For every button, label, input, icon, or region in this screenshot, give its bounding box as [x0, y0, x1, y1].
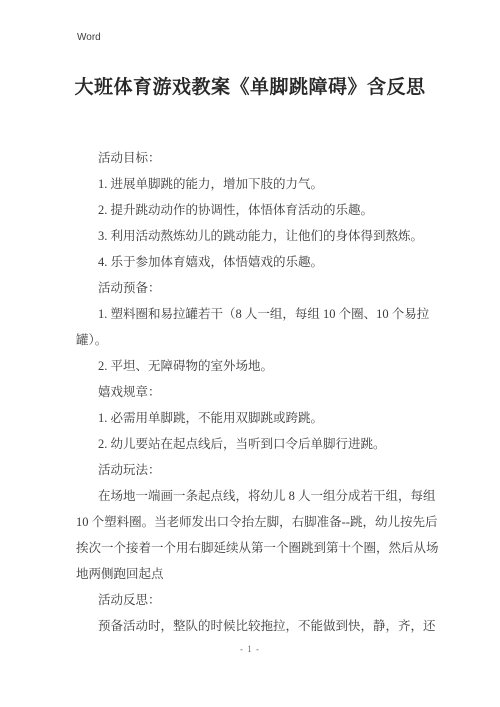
text-line: 地两侧跑回起点 — [76, 561, 425, 587]
text-line: 挨次一个接着一个用右脚延续从第一个圈跳到第十个圈，然后从场 — [76, 535, 425, 561]
text-line: 在场地一端画一条起点线，将幼儿 8 人一组分成若干组，每组 — [76, 483, 425, 509]
document-title: 大班体育游戏教案《单脚跳障碍》含反思 — [0, 74, 500, 102]
text-line: 2. 平坦、无障碍物的室外场地。 — [76, 353, 425, 379]
document-page: Word 大班体育游戏教案《单脚跳障碍》含反思 活动目标：1. 进展单脚跳的能力… — [0, 0, 500, 707]
text-line: 罐）。 — [76, 327, 425, 353]
text-line: 活动玩法： — [76, 457, 425, 483]
app-label: Word — [77, 32, 101, 43]
text-line: 1. 必需用单脚跳，不能用双脚跳或跨跳。 — [76, 405, 425, 431]
document-body: 活动目标：1. 进展单脚跳的能力，增加下肢的力气。2. 提升跳动动作的协调性，体… — [76, 145, 425, 639]
page-number: - 1 - — [0, 644, 500, 654]
text-line: 2. 提升跳动动作的协调性，体悟体育活动的乐趣。 — [76, 197, 425, 223]
text-line: 10 个塑料圈。当老师发出口令抬左脚，右脚准备--跳，幼儿按先后 — [76, 509, 425, 535]
text-line: 预备活动时，整队的时候比较拖拉，不能做到快，静，齐，还 — [76, 613, 425, 639]
text-line: 活动预备： — [76, 275, 425, 301]
text-line: 嬉戏规章： — [76, 379, 425, 405]
text-line: 2. 幼儿要站在起点线后，当听到口令后单脚行进跳。 — [76, 431, 425, 457]
text-line: 3. 利用活动熬炼幼儿的跳动能力，让他们的身体得到熬炼。 — [76, 223, 425, 249]
text-line: 活动目标： — [76, 145, 425, 171]
text-line: 1. 塑料圈和易拉罐若干（8 人一组，每组 10 个圈、10 个易拉 — [76, 301, 425, 327]
text-line: 4. 乐于参加体育嬉戏，体悟嬉戏的乐趣。 — [76, 249, 425, 275]
text-line: 1. 进展单脚跳的能力，增加下肢的力气。 — [76, 171, 425, 197]
text-line: 活动反思： — [76, 587, 425, 613]
